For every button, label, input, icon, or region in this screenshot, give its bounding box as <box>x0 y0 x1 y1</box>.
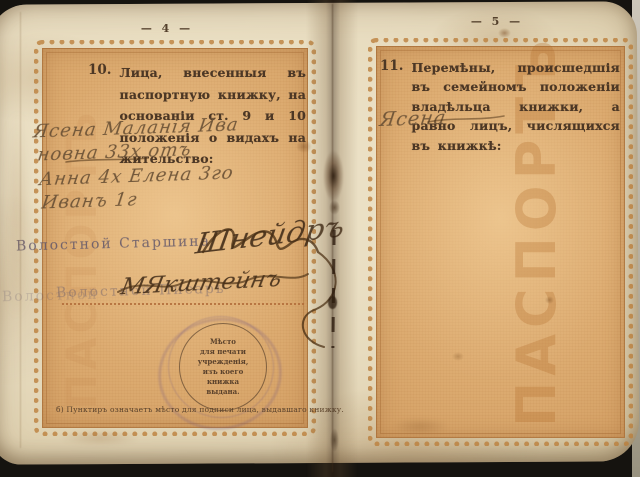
seal-text-line-1: Мѣсто <box>210 337 236 347</box>
footnote-text: б) Пунктиръ означаетъ мѣсто для подписи … <box>56 405 302 414</box>
seal-text-line-3: учрежденія, <box>198 357 249 367</box>
paper-crease-left <box>20 12 21 448</box>
handwriting-entry: Ясена <box>378 107 448 131</box>
page-4-number: — 4 — <box>132 22 202 35</box>
seal-placeholder-circle: Мѣсто для печати учрежденія, изъ коего к… <box>179 323 267 411</box>
signature-dotted-line <box>62 293 304 305</box>
seal-text-line-4: изъ коего <box>203 367 244 377</box>
binding-thread-knot <box>328 296 337 309</box>
seal-text-line-2: для печати <box>200 347 246 357</box>
section-11-number: 11. <box>380 58 404 155</box>
seal-text-line-5: книжка <box>207 377 239 387</box>
scanned-passport-spread: ПАСПОРТЪ ПАСПОРТЪ — 4 — — 5 — 10. Лица, … <box>0 0 640 477</box>
page-5-number: — 5 — <box>462 15 532 28</box>
section-11-row: 11. Перемѣны, происшедшія въ семейномъ п… <box>380 58 620 155</box>
seal-text-line-6: выдана. <box>206 387 239 397</box>
handwriting-line-4: Иванъ 1г <box>40 189 139 213</box>
security-watermark-right: ПАСПОРТЪ <box>505 127 568 427</box>
